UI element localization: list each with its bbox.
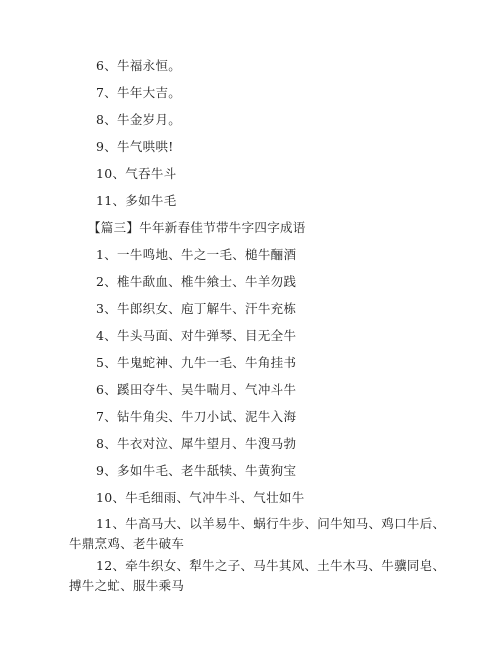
paragraph-item-12: 12、牵牛织女、犁牛之子、马牛其风、土牛木马、牛骥同皂、搏牛之虻、服牛乘马 [69, 556, 447, 596]
list-item: 5、牛鬼蛇神、九牛一毛、牛角挂书 [96, 355, 296, 371]
list-item: 8、牛金岁月。 [96, 112, 181, 128]
list-item: 10、气吞牛斗 [96, 166, 177, 182]
list-item: 4、牛头马面、对牛弹琴、目无全牛 [96, 328, 296, 344]
list-item: 9、多如牛毛、老牛舐犊、牛黄狗宝 [96, 463, 296, 479]
list-item: 6、蹊田夺牛、吴牛喘月、气冲斗牛 [96, 382, 296, 398]
list-item: 6、牛福永恒。 [96, 58, 181, 74]
list-item: 11、多如牛毛 [96, 193, 177, 209]
document-page: 6、牛福永恒。 7、牛年大吉。 8、牛金岁月。 9、牛气哄哄! 10、气吞牛斗 … [0, 0, 500, 647]
list-item: 2、椎牛歃血、椎牛飨士、牛羊勿践 [96, 274, 296, 290]
list-item: 8、牛衣对泣、犀牛望月、牛溲马勃 [96, 436, 296, 452]
list-item: 7、钻牛角尖、牛刀小试、泥牛入海 [96, 409, 296, 425]
section-heading: 【篇三】牛年新春佳节带牛字四字成语 [88, 220, 306, 236]
list-item: 7、牛年大吉。 [96, 85, 181, 101]
paragraph-item-11: 11、牛高马大、以羊易牛、蜗行牛步、问牛知马、鸡口牛后、牛鼎烹鸡、老牛破车 [69, 514, 447, 554]
list-item: 10、牛毛细雨、气冲牛斗、气壮如牛 [96, 490, 305, 506]
list-item: 3、牛郎织女、庖丁解牛、汗牛充栋 [96, 301, 296, 317]
list-item: 1、一牛鸣地、牛之一毛、槌牛酾酒 [96, 247, 296, 263]
list-item: 9、牛气哄哄! [96, 139, 174, 155]
